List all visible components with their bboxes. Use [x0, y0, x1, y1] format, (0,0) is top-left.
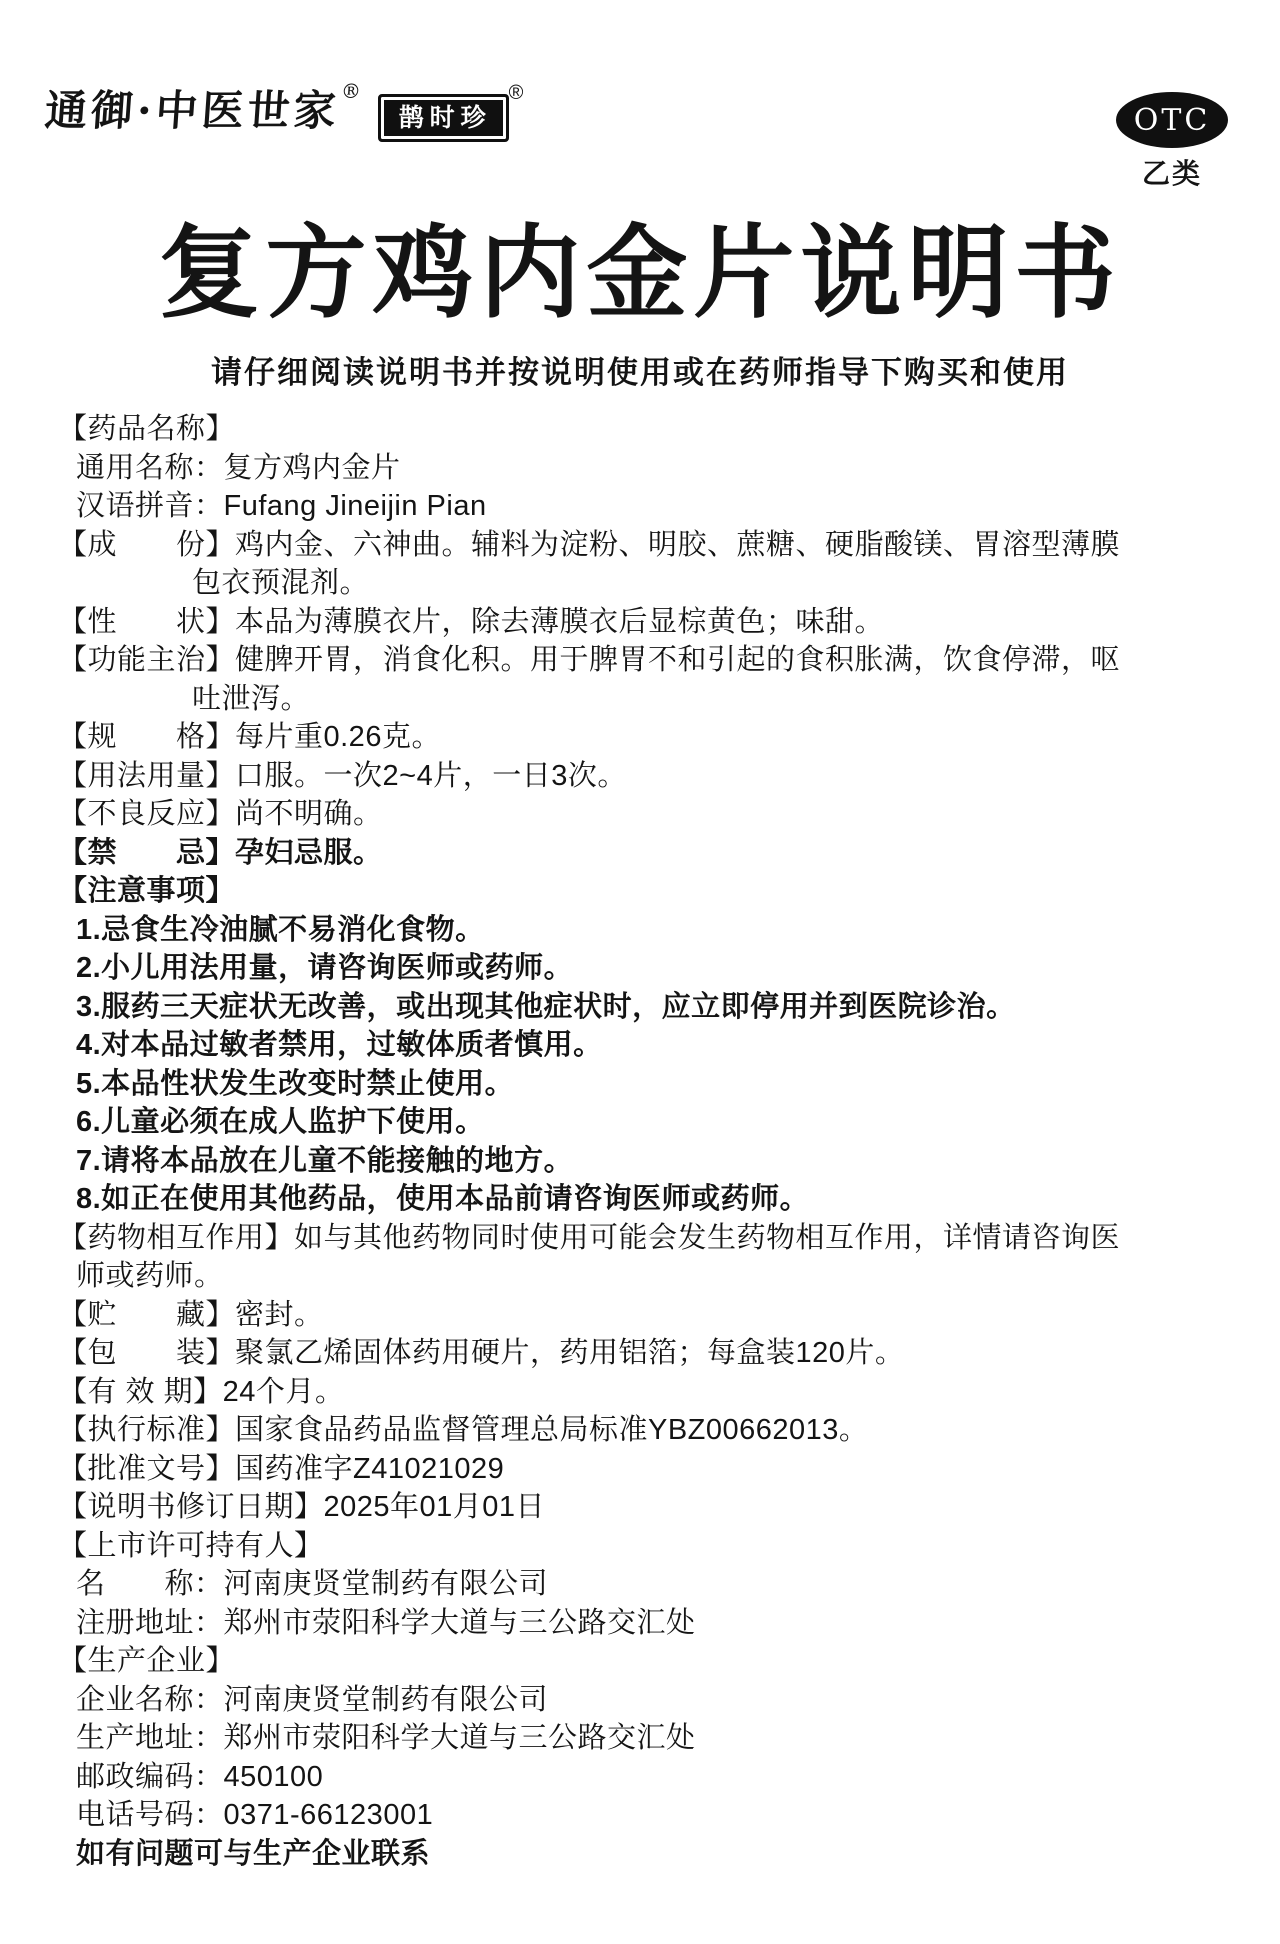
line-interactions-2: 师或药师。	[0, 1257, 1280, 1296]
line-interactions-1: 【药物相互作用】如与其他药物同时使用可能会发生药物相互作用，详情请咨询医	[0, 1219, 1280, 1258]
leaflet-header: 通御·中医世家® 鹊时珍 ® OTC 乙类	[0, 0, 1280, 192]
line-packaging: 【包 装】聚氯乙烯固体药用硬片，药用铝箔；每盒装120片。	[0, 1334, 1280, 1373]
line-precaution-7: 7.请将本品放在儿童不能接触的地方。	[0, 1142, 1280, 1181]
line-precaution-2: 2.小儿用法用量，请咨询医师或药师。	[0, 949, 1280, 988]
line-contact-note: 如有问题可与生产企业联系	[0, 1835, 1280, 1874]
line-precaution-8: 8.如正在使用其他药品，使用本品前请咨询医师或药师。	[0, 1180, 1280, 1219]
line-precaution-3: 3.服药三天症状无改善，或出现其他症状时，应立即停用并到医院诊治。	[0, 988, 1280, 1027]
line-manufacturer-name: 企业名称：河南庚贤堂制药有限公司	[0, 1681, 1280, 1720]
brand-text: 通御·中医世家	[43, 86, 341, 135]
line-adverse-reactions: 【不良反应】尚不明确。	[0, 795, 1280, 834]
line-license-holder-header: 【上市许可持有人】	[0, 1527, 1280, 1566]
line-phone-number: 电话号码：0371-66123001	[0, 1796, 1280, 1835]
line-standard: 【执行标准】国家食品药品监督管理总局标准YBZ00662013。	[0, 1411, 1280, 1450]
otc-label: OTC	[1134, 103, 1211, 138]
line-contraindications: 【禁 忌】孕妇忌服。	[0, 834, 1280, 873]
line-precaution-4: 4.对本品过敏者禁用，过敏体质者慎用。	[0, 1026, 1280, 1065]
otc-badge: OTC 乙类	[1116, 92, 1228, 192]
line-approval-number: 【批准文号】国药准字Z41021029	[0, 1450, 1280, 1489]
line-manufacturer-address: 生产地址：郑州市荥阳科学大道与三公路交汇处	[0, 1719, 1280, 1758]
seal-area: 鹊时珍 ®	[378, 94, 524, 142]
line-revision-date: 【说明书修订日期】2025年01月01日	[0, 1488, 1280, 1527]
line-dosage: 【用法用量】口服。一次2~4片，一日3次。	[0, 757, 1280, 796]
line-holder-address: 注册地址：郑州市荥阳科学大道与三公路交汇处	[0, 1604, 1280, 1643]
otc-class-label: 乙类	[1116, 152, 1228, 192]
line-generic-name: 通用名称：复方鸡内金片	[0, 449, 1280, 488]
brand-calligraphy: 通御·中医世家®	[43, 86, 361, 136]
registered-trademark-icon: ®	[509, 82, 524, 105]
line-functions-2: 吐泄泻。	[0, 680, 1280, 719]
line-specification: 【规 格】每片重0.26克。	[0, 718, 1280, 757]
line-precaution-1: 1.忌食生冷油腻不易消化食物。	[0, 911, 1280, 950]
brand-area: 通御·中医世家® 鹊时珍 ®	[45, 86, 523, 142]
line-manufacturer-header: 【生产企业】	[0, 1642, 1280, 1681]
line-description: 【性 状】本品为薄膜衣片，除去薄膜衣后显棕黄色；味甜。	[0, 603, 1280, 642]
line-precaution-5: 5.本品性状发生改变时禁止使用。	[0, 1065, 1280, 1104]
line-holder-name: 名 称：河南庚贤堂制药有限公司	[0, 1565, 1280, 1604]
line-pinyin: 汉语拼音：Fufang Jineijin Pian	[0, 487, 1280, 526]
line-shelf-life: 【有 效 期】24个月。	[0, 1373, 1280, 1412]
leaflet-body: 【药品名称】 通用名称：复方鸡内金片 汉语拼音：Fufang Jineijin …	[0, 410, 1280, 1873]
brand-seal-box: 鹊时珍	[378, 94, 509, 142]
line-storage: 【贮 藏】密封。	[0, 1296, 1280, 1335]
line-precaution-6: 6.儿童必须在成人监护下使用。	[0, 1103, 1280, 1142]
otc-ellipse-icon: OTC	[1116, 92, 1228, 148]
leaflet-subtitle: 请仔细阅读说明书并按说明使用或在药师指导下购买和使用	[0, 347, 1280, 392]
line-functions-1: 【功能主治】健脾开胃，消食化积。用于脾胃不和引起的食积胀满，饮食停滞，呕	[0, 641, 1280, 680]
line-drug-name-header: 【药品名称】	[0, 410, 1280, 449]
registered-trademark-icon: ®	[340, 79, 362, 103]
leaflet-title: 复方鸡内金片说明书	[0, 214, 1280, 335]
line-postal-code: 邮政编码：450100	[0, 1758, 1280, 1797]
line-precautions-header: 【注意事项】	[0, 872, 1280, 911]
line-ingredients-1: 【成 份】鸡内金、六神曲。辅料为淀粉、明胶、蔗糖、硬脂酸镁、胃溶型薄膜	[0, 526, 1280, 565]
drug-leaflet-page: 通御·中医世家® 鹊时珍 ® OTC 乙类 复方鸡内金片说明书 请仔细阅读说明书…	[0, 0, 1280, 1944]
line-ingredients-2: 包衣预混剂。	[0, 564, 1280, 603]
